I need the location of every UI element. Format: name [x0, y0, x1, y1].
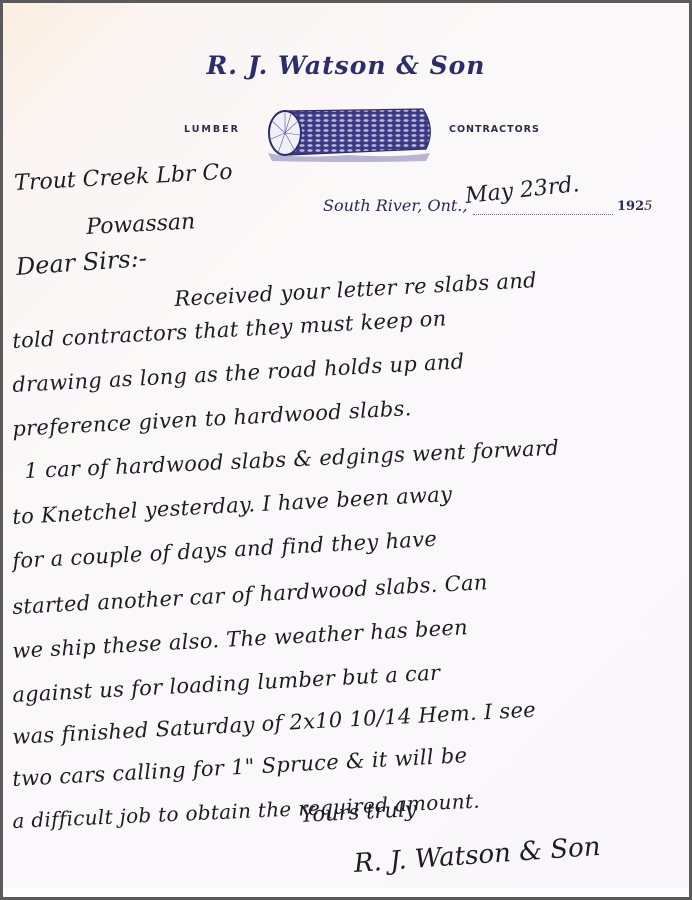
dateline-dotted-rule: [473, 214, 613, 215]
letter-page: R. J. Watson & Son LUMBER CONTRACTORS Tr…: [3, 3, 689, 888]
body-line: told contractors that they must keep on: [12, 306, 447, 353]
body-line: preference given to hardwood slabs.: [12, 396, 412, 441]
dateline-year-handwritten: 5: [644, 199, 652, 214]
body-line: to Knetchel yesterday. I have been away: [12, 482, 453, 529]
body-line: two cars calling for 1" Spruce & it will…: [12, 743, 468, 791]
dateline-year: 1925: [617, 199, 652, 214]
letterhead-company-name: R. J. Watson & Son: [3, 51, 689, 80]
body-line: drawing as long as the road holds up and: [12, 349, 465, 397]
body-line: was finished Saturday of 2x10 10/14 Hem.…: [12, 698, 537, 749]
body-line: for a couple of days and find they have: [12, 527, 438, 573]
salutation: Dear Sirs:-: [15, 244, 148, 281]
recipient-line-2: Powassan: [86, 209, 196, 240]
letterhead-contractors-label: CONTRACTORS: [449, 124, 540, 135]
signature: R. J. Watson & Son: [353, 832, 602, 879]
closing: Yours truly: [300, 797, 417, 827]
dateline-year-printed: 192: [617, 199, 644, 214]
log-icon: [258, 103, 438, 163]
body-line: 1 car of hardwood slabs & edgings went f…: [24, 436, 560, 483]
body-line: started another car of hardwood slabs. C…: [12, 570, 488, 619]
letterhead-lumber-label: LUMBER: [184, 124, 240, 135]
dateline-handwritten-date: May 23rd.: [464, 172, 581, 209]
body-line: we ship these also. The weather has been: [12, 615, 469, 663]
body-line: Received your letter re slabs and: [174, 268, 538, 311]
body-line: against us for loading lumber but a car: [12, 661, 441, 707]
dateline-place: South River, Ont.,: [323, 196, 467, 215]
recipient-line-1: Trout Creek Lbr Co: [14, 160, 233, 196]
